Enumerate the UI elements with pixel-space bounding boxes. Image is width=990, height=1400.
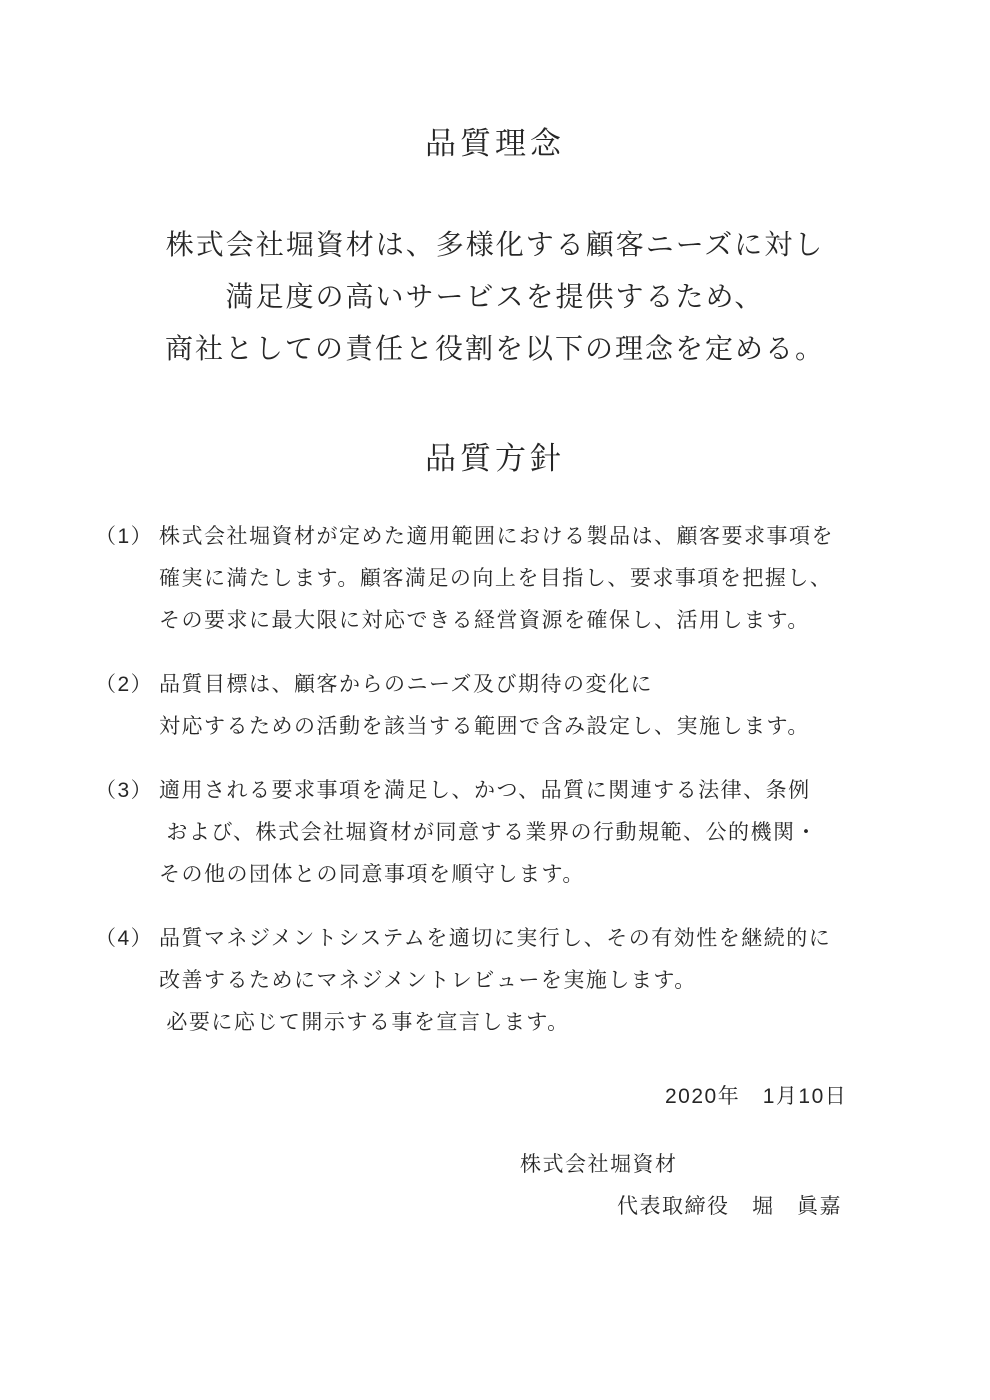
philosophy-line: 株式会社堀資材は、多様化する顧客ニーズに対し xyxy=(0,219,990,271)
philosophy-title: 品質理念 xyxy=(0,0,990,163)
representative-signature: 代表取締役 堀 眞嘉 xyxy=(617,1190,990,1220)
policy-item-2: （2） 品質目標は、顧客からのニーズ及び期待の変化に 対応するための活動を該当す… xyxy=(95,664,930,748)
policy-item-4: （4） 品質マネジメントシステムを適切に実行し、その有効性を継続的に 改善するた… xyxy=(95,918,930,1044)
document-footer: 2020年 1月10日 株式会社堀資材 代表取締役 堀 眞嘉 xyxy=(0,1080,990,1220)
policy-line: 品質目標は、顧客からのニーズ及び期待の変化に xyxy=(159,664,810,706)
policy-line: その要求に最大限に対応できる経営資源を確保し、活用します。 xyxy=(159,600,834,642)
policy-item-number: （1） xyxy=(95,516,159,558)
policy-item-text: 品質目標は、顧客からのニーズ及び期待の変化に 対応するための活動を該当する範囲で… xyxy=(159,664,810,748)
policy-line: その他の団体との同意事項を順守します。 xyxy=(159,854,818,896)
policy-line: および、株式会社堀資材が同意する業界の行動規範、公的機関・ xyxy=(159,812,818,854)
policy-line: 改善するためにマネジメントレビューを実施します。 xyxy=(159,960,831,1002)
document-date: 2020年 1月10日 xyxy=(665,1080,990,1110)
philosophy-line: 満足度の高いサービスを提供するため、 xyxy=(0,271,990,323)
policy-line: 株式会社堀資材が定めた適用範囲における製品は、顧客要求事項を xyxy=(159,516,834,558)
policy-title: 品質方針 xyxy=(0,433,990,478)
policy-list: （1） 株式会社堀資材が定めた適用範囲における製品は、顧客要求事項を 確実に満た… xyxy=(0,516,990,1044)
policy-item-number: （3） xyxy=(95,770,159,812)
company-name: 株式会社堀資材 xyxy=(520,1148,990,1178)
policy-item-text: 適用される要求事項を満足し、かつ、品質に関連する法律、条例 および、株式会社堀資… xyxy=(159,770,818,896)
quality-policy-document-page: 品質理念 株式会社堀資材は、多様化する顧客ニーズに対し 満足度の高いサービスを提… xyxy=(0,0,990,1400)
policy-item-text: 品質マネジメントシステムを適切に実行し、その有効性を継続的に 改善するためにマネ… xyxy=(159,918,831,1044)
policy-line: 必要に応じて開示する事を宣言します。 xyxy=(159,1002,831,1044)
policy-line: 対応するための活動を該当する範囲で含み設定し、実施します。 xyxy=(159,706,810,748)
philosophy-line: 商社としての責任と役割を以下の理念を定める。 xyxy=(0,323,990,375)
policy-item-1: （1） 株式会社堀資材が定めた適用範囲における製品は、顧客要求事項を 確実に満た… xyxy=(95,516,930,642)
policy-line: 適用される要求事項を満足し、かつ、品質に関連する法律、条例 xyxy=(159,770,818,812)
philosophy-statement: 株式会社堀資材は、多様化する顧客ニーズに対し 満足度の高いサービスを提供するため… xyxy=(0,219,990,375)
policy-line: 確実に満たします。顧客満足の向上を目指し、要求事項を把握し、 xyxy=(159,558,834,600)
policy-item-number: （4） xyxy=(95,918,159,960)
policy-line: 品質マネジメントシステムを適切に実行し、その有効性を継続的に xyxy=(159,918,831,960)
policy-item-number: （2） xyxy=(95,664,159,706)
policy-item-text: 株式会社堀資材が定めた適用範囲における製品は、顧客要求事項を 確実に満たします。… xyxy=(159,516,834,642)
policy-item-3: （3） 適用される要求事項を満足し、かつ、品質に関連する法律、条例 および、株式… xyxy=(95,770,930,896)
